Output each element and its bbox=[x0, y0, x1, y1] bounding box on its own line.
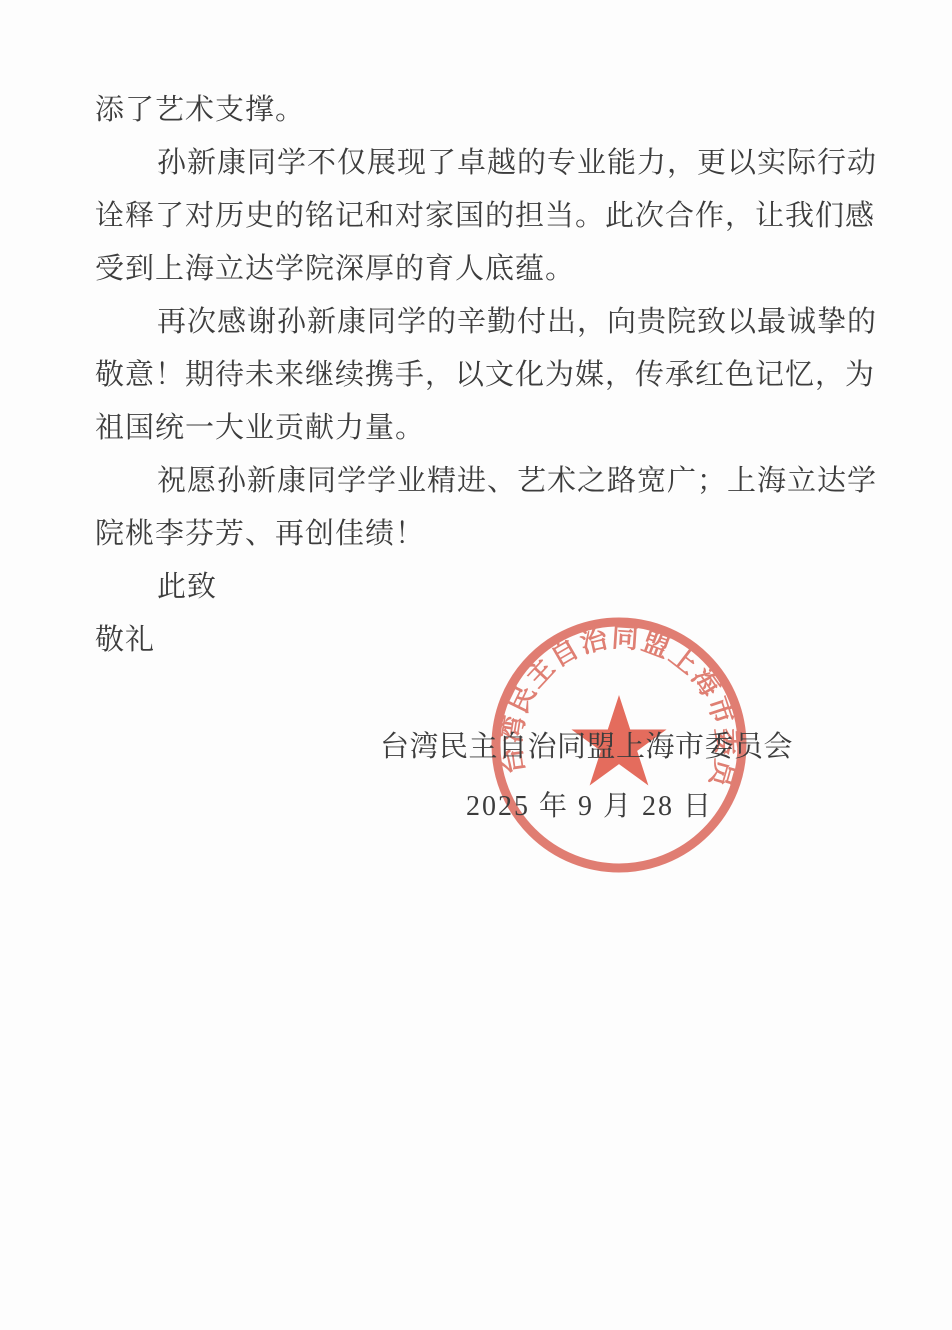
letter-body: 添了艺术支撑。 孙新康同学不仅展现了卓越的专业能力，更以实际行动 诠释了对历史的… bbox=[95, 84, 865, 667]
letter-line: 诠释了对历史的铭记和对家国的担当。此次合作，让我们感 bbox=[95, 190, 865, 243]
letter-line: 祝愿孙新康同学学业精进、艺术之路宽广；上海立达学 bbox=[95, 455, 865, 508]
letter-line: 祖国统一大业贡献力量。 bbox=[95, 402, 865, 455]
closing-cizhi: 此致 bbox=[95, 561, 865, 614]
letter-line: 受到上海立达学院深厚的育人底蕴。 bbox=[95, 243, 865, 296]
letter-line: 院桃李芬芳、再创佳绩！ bbox=[95, 508, 865, 561]
signature-line: 台湾民主自治同盟上海市委员会 bbox=[380, 722, 793, 772]
letter-line: 敬意！期待未来继续携手，以文化为媒，传承红色记忆，为 bbox=[95, 349, 865, 402]
letter-line: 添了艺术支撑。 bbox=[95, 84, 865, 137]
date-line: 2025 年 9 月 28 日 bbox=[466, 784, 713, 830]
letter-page: 添了艺术支撑。 孙新康同学不仅展现了卓越的专业能力，更以实际行动 诠释了对历史的… bbox=[0, 0, 952, 1330]
letter-line: 再次感谢孙新康同学的辛勤付出，向贵院致以最诚挚的 bbox=[95, 296, 865, 349]
letter-line: 孙新康同学不仅展现了卓越的专业能力，更以实际行动 bbox=[95, 137, 865, 190]
